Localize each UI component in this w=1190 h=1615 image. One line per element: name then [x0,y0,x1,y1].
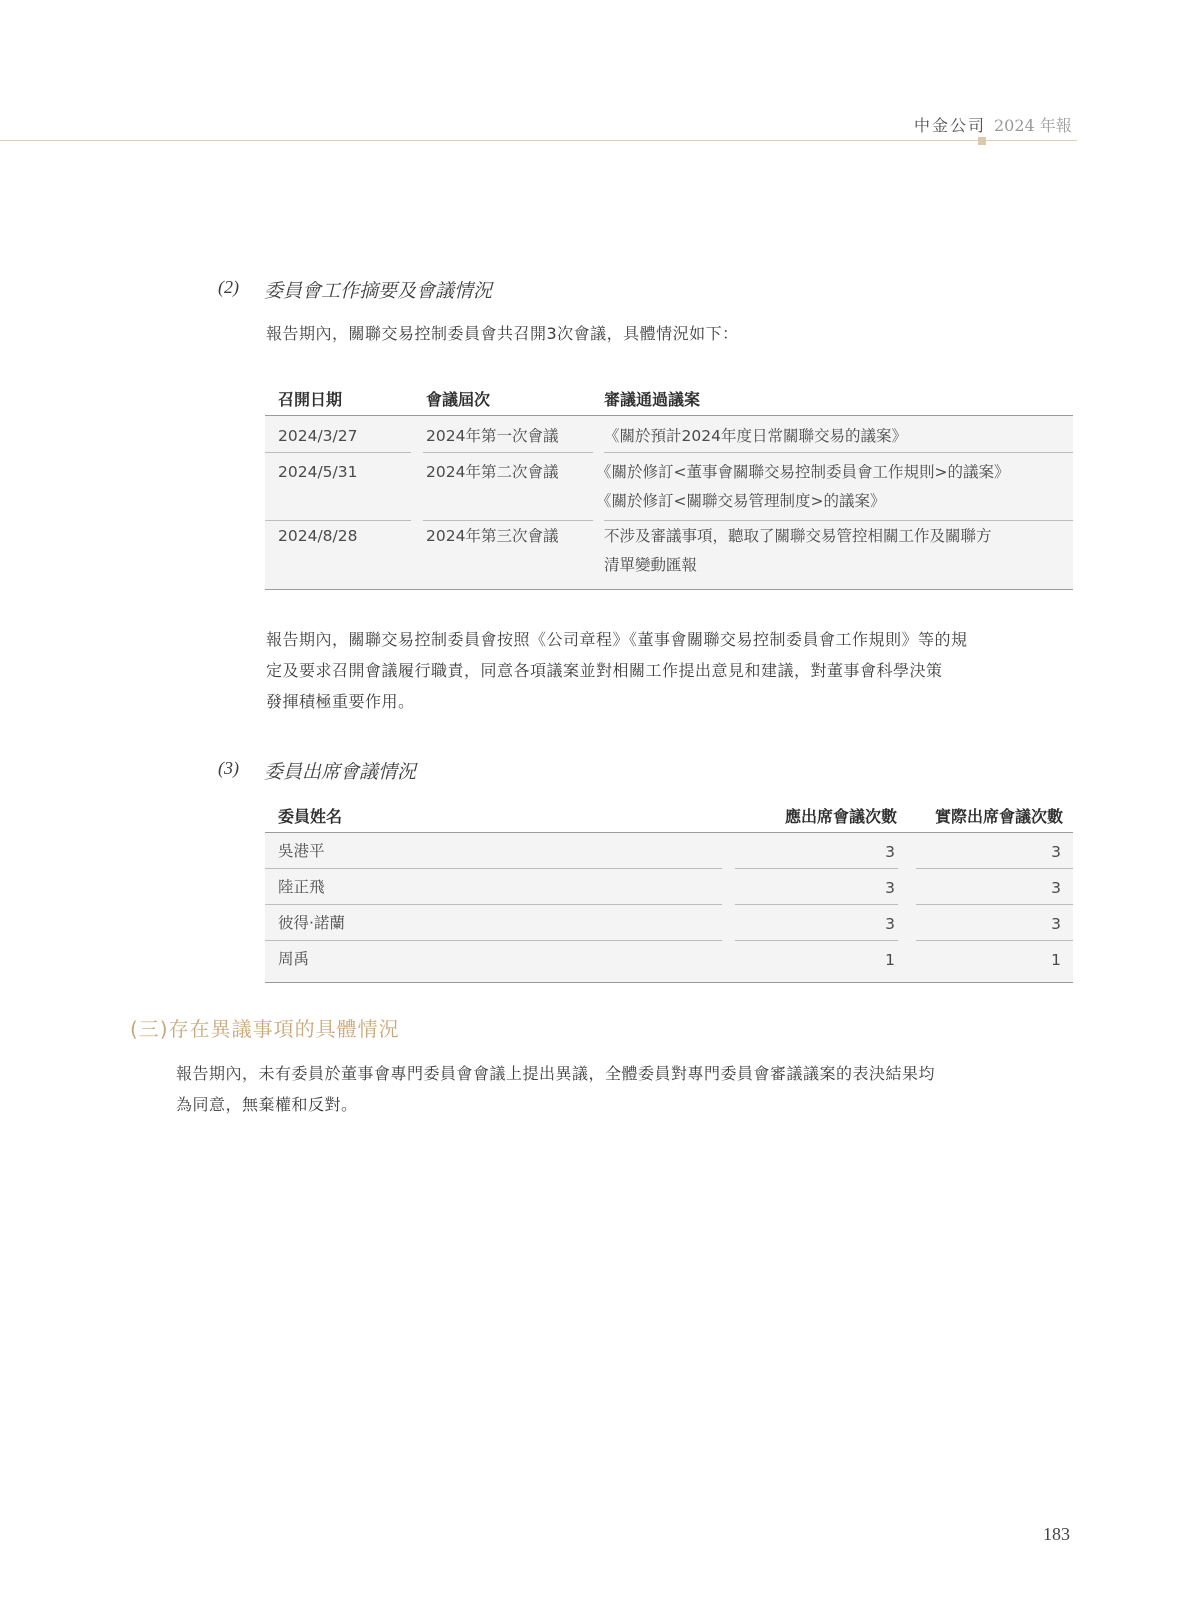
col-header-required: 應出席會議次數 [785,804,897,827]
cell-motion: 《關於修訂<關聯交易管理制度>的議案》 [596,487,885,516]
subsection-title-2: 委員會工作摘要及會議情況 [264,276,492,303]
cell-member-name: 吳港平 [278,837,325,866]
subsection-number-3: (3) [218,758,239,779]
summary-line: 報告期內，關聯交易控制委員會按照《公司章程》《董事會關聯交易控制委員會工作規則》… [266,624,1076,655]
cell-required: 3 [885,910,895,939]
row-divider [265,452,411,453]
cell-date: 2024/5/31 [278,458,357,487]
cell-date: 2024/3/27 [278,422,357,451]
header-marker [978,137,986,145]
cell-session: 2024年第二次會議 [426,458,558,487]
row-divider [604,520,1073,521]
row-divider [604,452,1073,453]
cell-required: 3 [885,874,895,903]
row-divider [265,904,722,905]
row-divider [916,904,1073,905]
meetings-intro: 報告期內，關聯交易控制委員會共召開3次會議，具體情況如下： [266,318,739,349]
header-report-title: 2024 年報 [994,113,1072,136]
cell-motion: 清單變動匯報 [604,551,697,580]
col-header-attended: 實際出席會議次數 [935,804,1063,827]
cell-session: 2024年第一次會議 [426,422,558,451]
row-divider [916,868,1073,869]
row-divider [423,520,593,521]
summary-line: 發揮積極重要作用。 [266,686,1076,717]
header-rule [0,140,1077,141]
cell-attended: 3 [1051,910,1061,939]
table-bottom-rule [265,982,1073,983]
meetings-summary: 報告期內，關聯交易控制委員會按照《公司章程》《董事會關聯交易控制委員會工作規則》… [266,624,1076,717]
cell-attended: 3 [1051,874,1061,903]
dissent-line: 報告期內，未有委員於董事會專門委員會會議上提出異議，全體委員對專門委員會審議議案… [176,1058,1076,1089]
row-divider [735,904,898,905]
row-divider [265,868,722,869]
row-divider [735,940,898,941]
row-divider [735,868,898,869]
dissent-line: 為同意，無棄權和反對。 [176,1089,1076,1120]
row-divider [916,940,1073,941]
attendance-table: 委員姓名 應出席會議次數 實際出席會議次數 吳港平 3 3 陸正飛 3 3 彼得… [265,798,1073,986]
cell-required: 1 [885,946,895,975]
cell-motion: 《關於修訂<董事會關聯交易控制委員會工作規則>的議案》 [596,458,1009,487]
table-bottom-rule [265,589,1073,590]
row-divider [423,452,593,453]
col-header-date: 召開日期 [278,387,342,410]
section-title-dissent: (三)存在異議事項的具體情況 [130,1013,400,1042]
header-company: 中金公司 [914,113,986,136]
col-header-motions: 審議通過議案 [604,387,700,410]
dissent-paragraph: 報告期內，未有委員於董事會專門委員會會議上提出異議，全體委員對專門委員會審議議案… [176,1058,1076,1120]
cell-date: 2024/8/28 [278,522,357,551]
cell-required: 3 [885,838,895,867]
cell-motion: 《關於預計2024年度日常關聯交易的議案》 [604,422,907,451]
cell-member-name: 彼得·諾蘭 [278,909,345,938]
page-number: 183 [1043,1524,1070,1545]
table-body-bg [265,833,1073,982]
cell-member-name: 周禹 [278,945,309,974]
cell-attended: 1 [1051,946,1061,975]
row-divider [265,520,411,521]
meetings-table: 召開日期 會議屆次 審議通過議案 2024/3/27 2024年第一次會議 《關… [265,380,1073,592]
cell-session: 2024年第三次會議 [426,522,558,551]
col-header-session: 會議屆次 [426,387,490,410]
cell-attended: 3 [1051,838,1061,867]
cell-motion: 不涉及審議事項，聽取了關聯交易管控相關工作及關聯方 [604,522,992,551]
col-header-member: 委員姓名 [278,804,342,827]
subsection-title-3: 委員出席會議情況 [264,757,416,784]
subsection-number-2: (2) [218,277,239,298]
summary-line: 定及要求召開會議履行職責，同意各項議案並對相關工作提出意見和建議，對董事會科學決… [266,655,1076,686]
row-divider [265,940,722,941]
cell-member-name: 陸正飛 [278,873,325,902]
